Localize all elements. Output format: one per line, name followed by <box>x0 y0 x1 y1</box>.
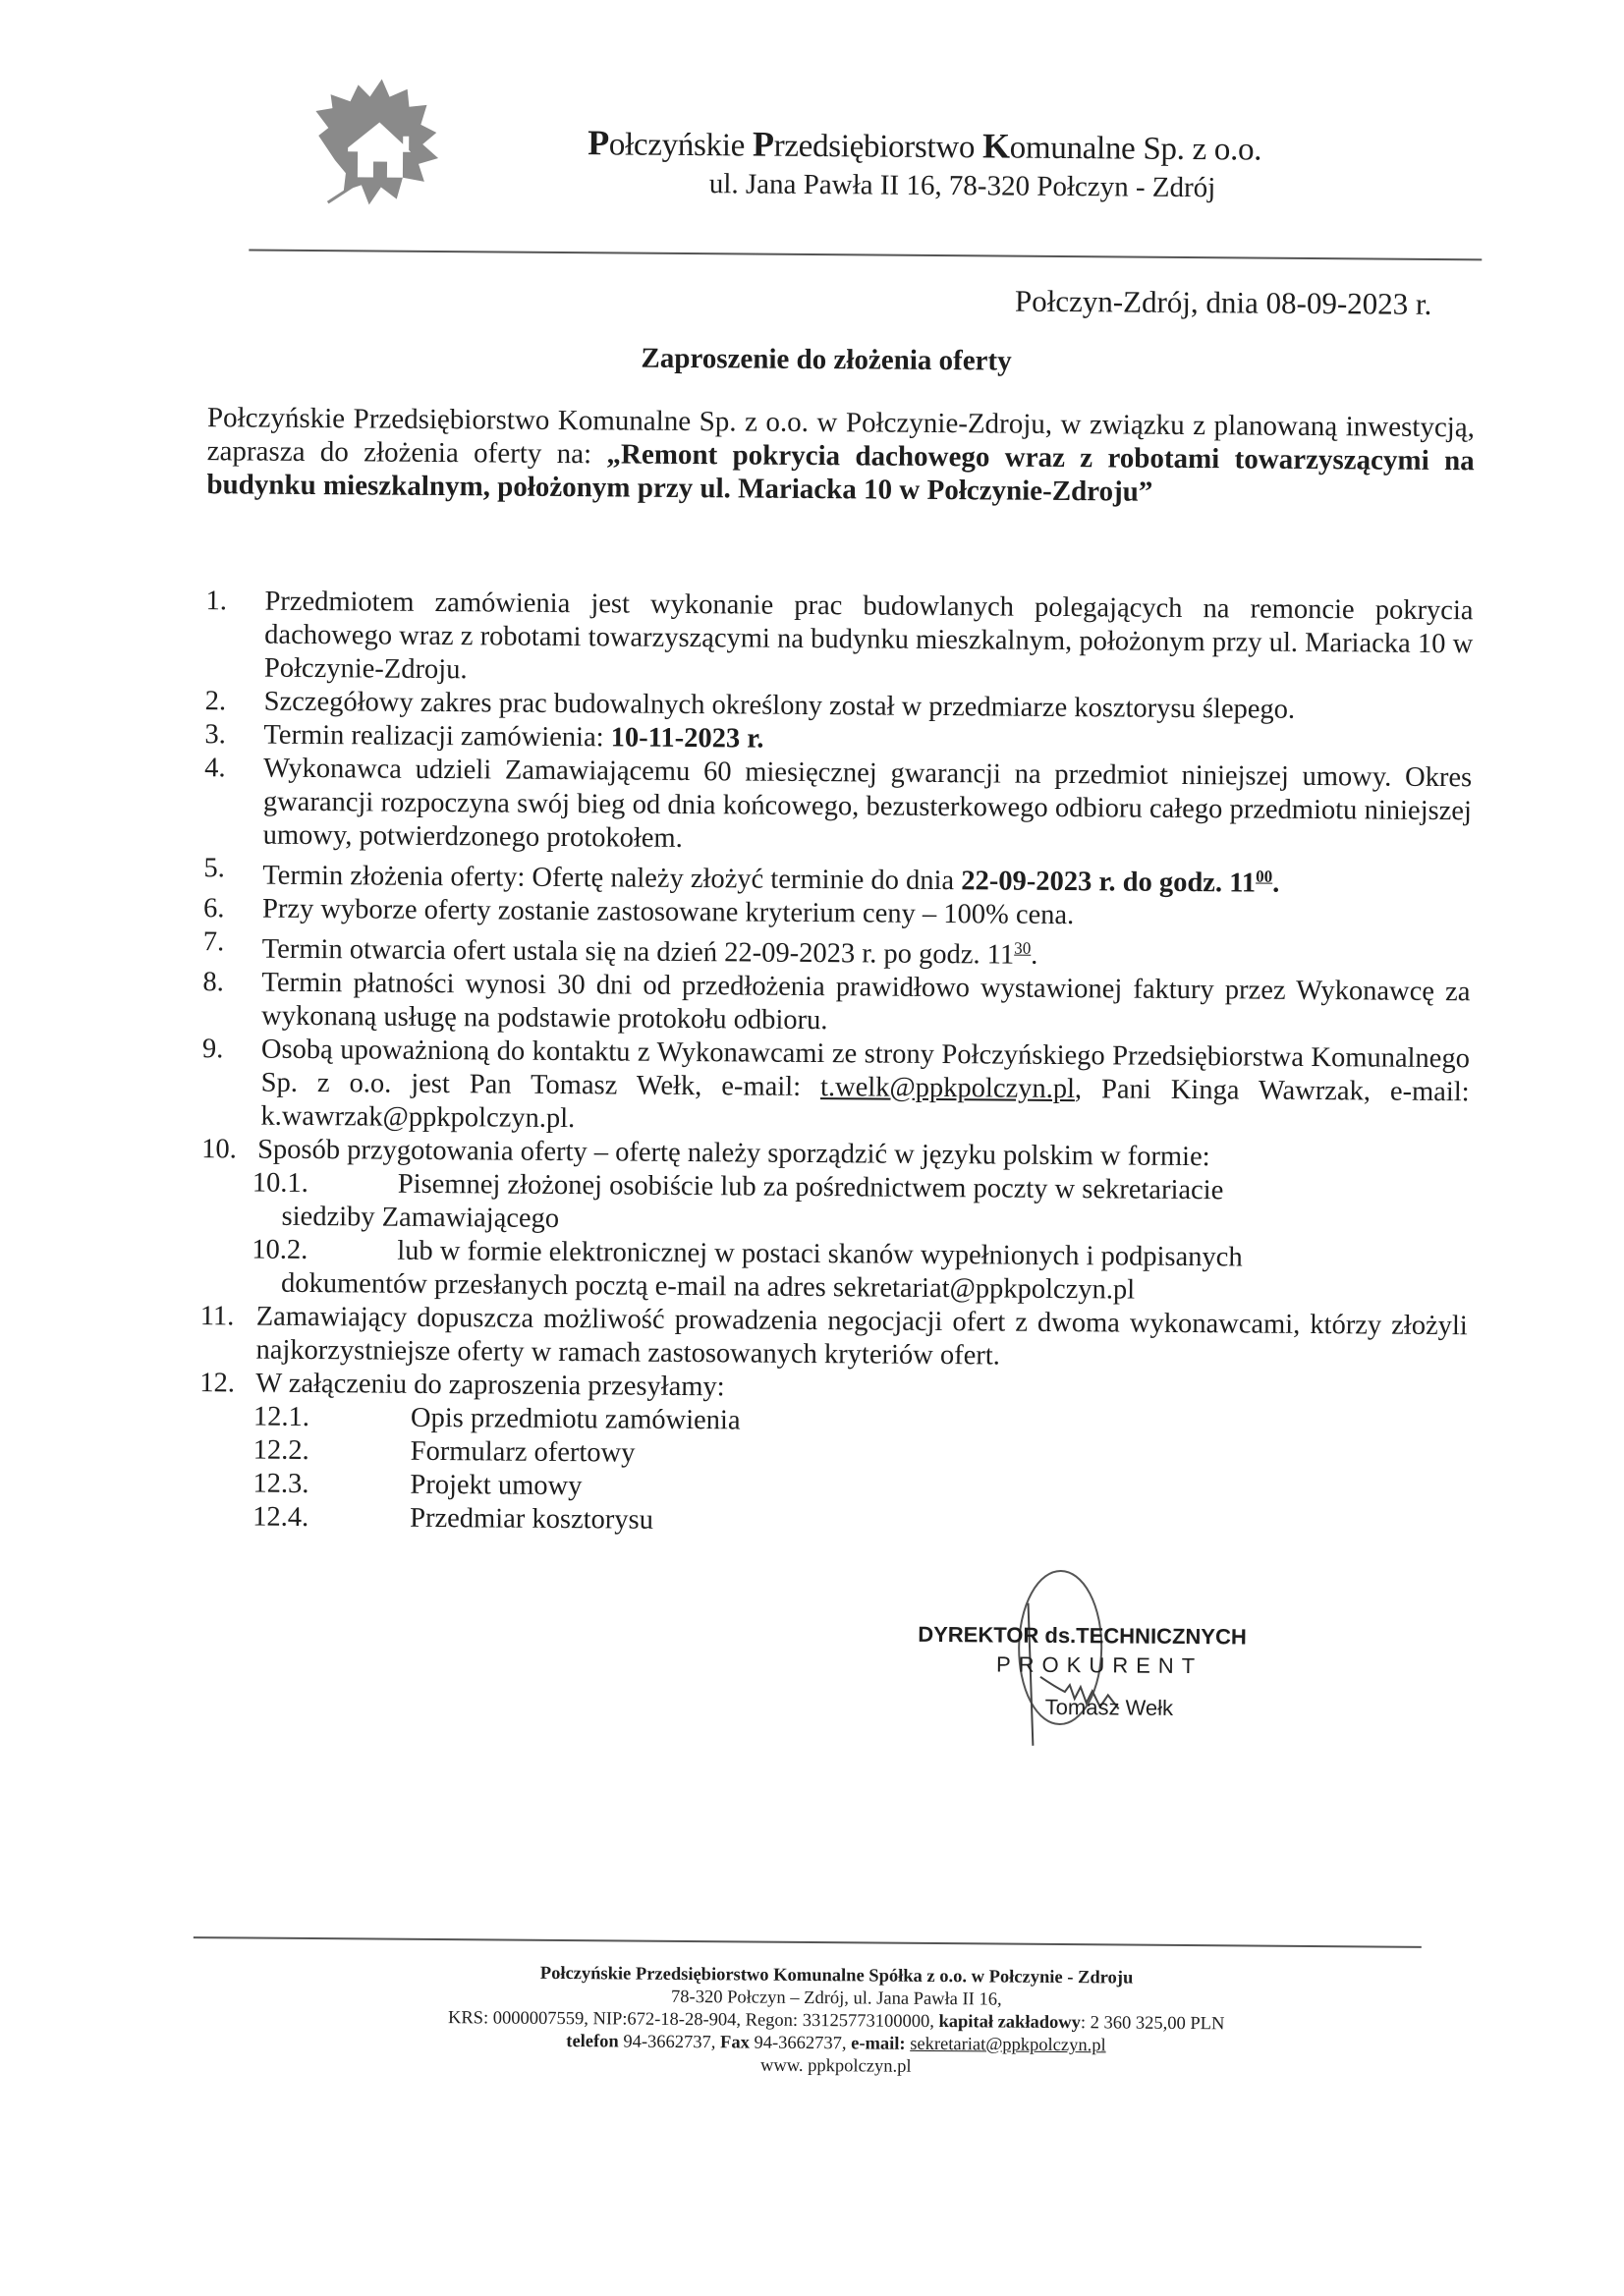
attachment-label: Przedmiar kosztorysu <box>410 1502 653 1538</box>
footer-fax: 94-3662737, <box>750 2034 851 2054</box>
item-number: 11. <box>199 1300 256 1367</box>
item-number: 9. <box>201 1033 261 1133</box>
item-number: 7. <box>203 925 262 966</box>
footer-divider <box>194 1936 1422 1948</box>
list-item: 11. Zamawiający dopuszcza możliwość prow… <box>199 1300 1467 1376</box>
attachment-label: Formularz ofertowy <box>411 1435 636 1471</box>
item-number: 5. <box>203 852 262 892</box>
footer-capital-value: : 2 360 325,00 PLN <box>1081 2013 1225 2034</box>
signatory-role: PROKURENT <box>996 1652 1203 1679</box>
punctuation: . <box>1272 868 1279 899</box>
conditions-list: 1. Przedmiotem zamówienia jest wykonanie… <box>198 585 1474 1543</box>
time-minutes: 00 <box>1256 868 1272 886</box>
attachment-number: 12.3. <box>252 1468 410 1502</box>
item-number: 12. <box>199 1367 255 1400</box>
company-name-initial: P <box>588 123 609 162</box>
document-title: Zaproszenie do złożenia oferty <box>641 343 1011 378</box>
attachment-number: 12.2. <box>253 1434 411 1469</box>
item-number: 4. <box>204 752 264 852</box>
list-item: 9. Osobą upoważnioną do kontaktu z Wykon… <box>201 1033 1470 1143</box>
signatory-title: DYREKTOR ds.TECHNICZNYCH <box>918 1622 1247 1651</box>
item-text: Przedmiotem zamówienia jest wykonanie pr… <box>264 586 1474 696</box>
company-name: Połczyńskie Przedsiębiorstwo Komunalne S… <box>588 122 1261 168</box>
company-name-initial: K <box>982 126 1010 165</box>
company-name-part: omunalne Sp. z o.o. <box>1010 131 1262 168</box>
footer-phone: 94-3662737, <box>619 2032 720 2052</box>
item-text-part: Termin realizacji zamówienia: <box>263 720 611 754</box>
footer-fax-label: Fax <box>720 2033 750 2052</box>
footer: Połczyńskie Przedsiębiorstwo Komunalne S… <box>247 1961 1427 2083</box>
email-link-welk[interactable]: t.welk@ppkpolczyn.pl <box>820 1072 1075 1104</box>
leaf-house-logo-icon <box>301 67 449 215</box>
sub-item-number: 10.2. <box>252 1234 397 1268</box>
item-number: 8. <box>202 966 262 1033</box>
item-number: 1. <box>205 585 265 685</box>
item-text: Zamawiający dopuszcza możliwość prowadze… <box>255 1301 1467 1377</box>
company-address: ul. Jana Pawła II 16, 78-320 Połczyn - Z… <box>709 168 1216 204</box>
attachment-number: 12.1. <box>253 1401 411 1435</box>
header-divider <box>249 249 1482 260</box>
date-line: Połczyn-Zdrój, dnia 08-09-2023 r. <box>1015 284 1432 322</box>
item-text-part: Termin otwarcia ofert ustala się na dzie… <box>262 934 1015 971</box>
attachment-number: 12.4. <box>252 1501 410 1536</box>
footer-capital-label: kapitał zakładowy <box>938 2012 1081 2033</box>
attachment-label: Projekt umowy <box>410 1469 582 1503</box>
intro-paragraph: Połczyńskie Przedsiębiorstwo Komunalne S… <box>206 401 1475 511</box>
item-number: 10. <box>201 1133 257 1166</box>
submission-deadline: 22-09-2023 r. do godz. 11 <box>961 866 1256 898</box>
punctuation: . <box>1031 940 1037 971</box>
signatory-name: Tomasz Wełk <box>1045 1695 1174 1721</box>
item-text: Wykonawca udzieli Zamawiającemu 60 miesi… <box>263 753 1473 863</box>
list-item: 1. Przedmiotem zamówienia jest wykonanie… <box>205 585 1474 695</box>
item-number: 2. <box>205 685 264 718</box>
item-number: 3. <box>204 718 263 752</box>
footer-phone-label: telefon <box>566 2032 619 2051</box>
item-text: Osobą upoważnioną do kontaktu z Wykonawc… <box>260 1034 1470 1144</box>
document-page: Połczyńskie Przedsiębiorstwo Komunalne S… <box>0 0 1624 2296</box>
completion-date: 10-11-2023 r. <box>611 722 764 754</box>
footer-email-label: e-mail: <box>851 2034 906 2053</box>
list-item: 8. Termin płatności wynosi 30 dni od prz… <box>202 966 1470 1042</box>
time-minutes: 30 <box>1014 939 1031 958</box>
list-item: 4. Wykonawca udzieli Zamawiającemu 60 mi… <box>204 752 1473 862</box>
company-name-part: rzedsiębiorstwo <box>774 129 983 166</box>
sub-item-number: 10.1. <box>252 1167 398 1202</box>
item-text: Termin płatności wynosi 30 dni od przedł… <box>261 967 1470 1043</box>
item-number: 6. <box>203 892 262 925</box>
signature-stamp: DYREKTOR ds.TECHNICZNYCH PROKURENT Tomas… <box>917 1568 1312 1767</box>
footer-company: Połczyńskie Przedsiębiorstwo Komunalne S… <box>540 1964 1134 1988</box>
item-text-part: Termin złożenia oferty: Ofertę należy zł… <box>262 861 961 897</box>
company-name-part: ołczyńskie <box>609 127 753 163</box>
footer-email-link[interactable]: sekretariat@ppkpolczyn.pl <box>910 2035 1106 2056</box>
attachment-label: Opis przedmiotu zamówienia <box>411 1402 741 1438</box>
footer-ids: KRS: 0000007559, NIP:672-18-28-904, Rego… <box>448 2008 939 2032</box>
company-name-initial: P <box>753 125 774 164</box>
